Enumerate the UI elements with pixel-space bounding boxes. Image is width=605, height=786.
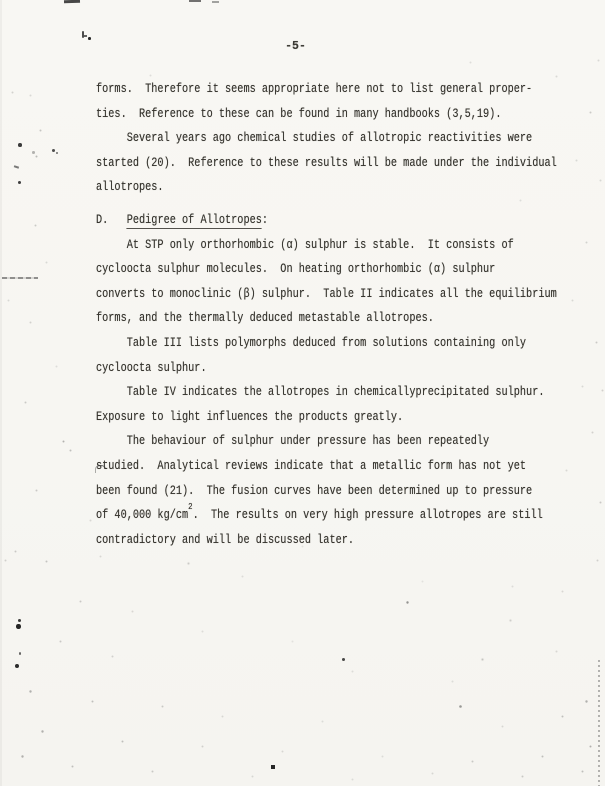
scan-artifact — [18, 181, 21, 184]
text-line: cycloocta sulphur molecules. On heating … — [96, 257, 556, 282]
body-text: forms. Therefore it seems appropriate he… — [96, 77, 556, 552]
text-line: contradictory and will be discussed late… — [96, 528, 556, 553]
scan-artifact — [342, 658, 345, 661]
scan-artifact — [2, 277, 38, 279]
text-line: Table IV indicates the allotropes in che… — [96, 380, 556, 405]
text-line: The behaviour of sulphur under pressure … — [96, 429, 556, 454]
text-line: ties. Reference to these can be found in… — [96, 102, 556, 127]
superscript-exponent: 2 — [188, 501, 192, 512]
text-line: forms. Therefore it seems appropriate he… — [96, 77, 556, 102]
formula-rest: . The results on very high pressure allo… — [193, 507, 543, 522]
scan-edge-shade — [0, 0, 2, 786]
text-line: started (20). Reference to these results… — [96, 151, 556, 176]
scan-artifact — [52, 149, 55, 152]
section-label: D. — [96, 212, 127, 227]
text-line: of 40,000 kg/cm2. The results on very hi… — [96, 503, 556, 528]
scan-artifact — [15, 664, 19, 668]
scan-artifact — [271, 765, 275, 769]
section-colon: : — [262, 212, 268, 227]
scan-artifact — [64, 0, 80, 3]
section-heading: D. Pedigree of Allotropes: — [96, 208, 556, 233]
scan-artifact — [84, 35, 87, 37]
text-line: been found (21). The fusion curves have … — [96, 479, 556, 504]
text-line: converts to monoclinic (β) sulphur. Tabl… — [96, 282, 556, 307]
scan-artifact — [212, 1, 219, 3]
section-title: Pedigree of Allotropes — [127, 212, 262, 229]
scan-artifact — [18, 619, 21, 622]
text-line: forms, and the thermally deduced metasta… — [96, 306, 556, 331]
scan-artifact — [18, 143, 22, 147]
scan-edge-line — [598, 660, 600, 786]
scan-artifact — [82, 31, 84, 38]
text-line: Exposure to light influences the product… — [96, 405, 556, 430]
text-line: studied. Analytical reviews indicate tha… — [96, 454, 556, 479]
formula-base: of 40,000 kg/cm — [96, 507, 188, 522]
text-line: allotropes. — [96, 175, 556, 200]
scan-artifact — [19, 652, 21, 655]
text-line: At STP only orthorhombic (α) sulphur is … — [96, 233, 556, 258]
scan-artifact — [14, 165, 19, 168]
scan-artifact — [189, 0, 201, 2]
scan-artifact — [16, 624, 21, 629]
text-line: Table III lists polymorphs deduced from … — [96, 331, 556, 356]
text-line: cycloocta sulphur. — [96, 356, 556, 381]
scan-noise-speckles — [0, 0, 1, 1]
page-number: -5- — [0, 40, 598, 53]
text-line: Several years ago chemical studies of al… — [96, 126, 556, 151]
scanned-page: -5- forms. Therefore it seems appropriat… — [0, 0, 605, 786]
scan-artifact — [56, 152, 58, 154]
